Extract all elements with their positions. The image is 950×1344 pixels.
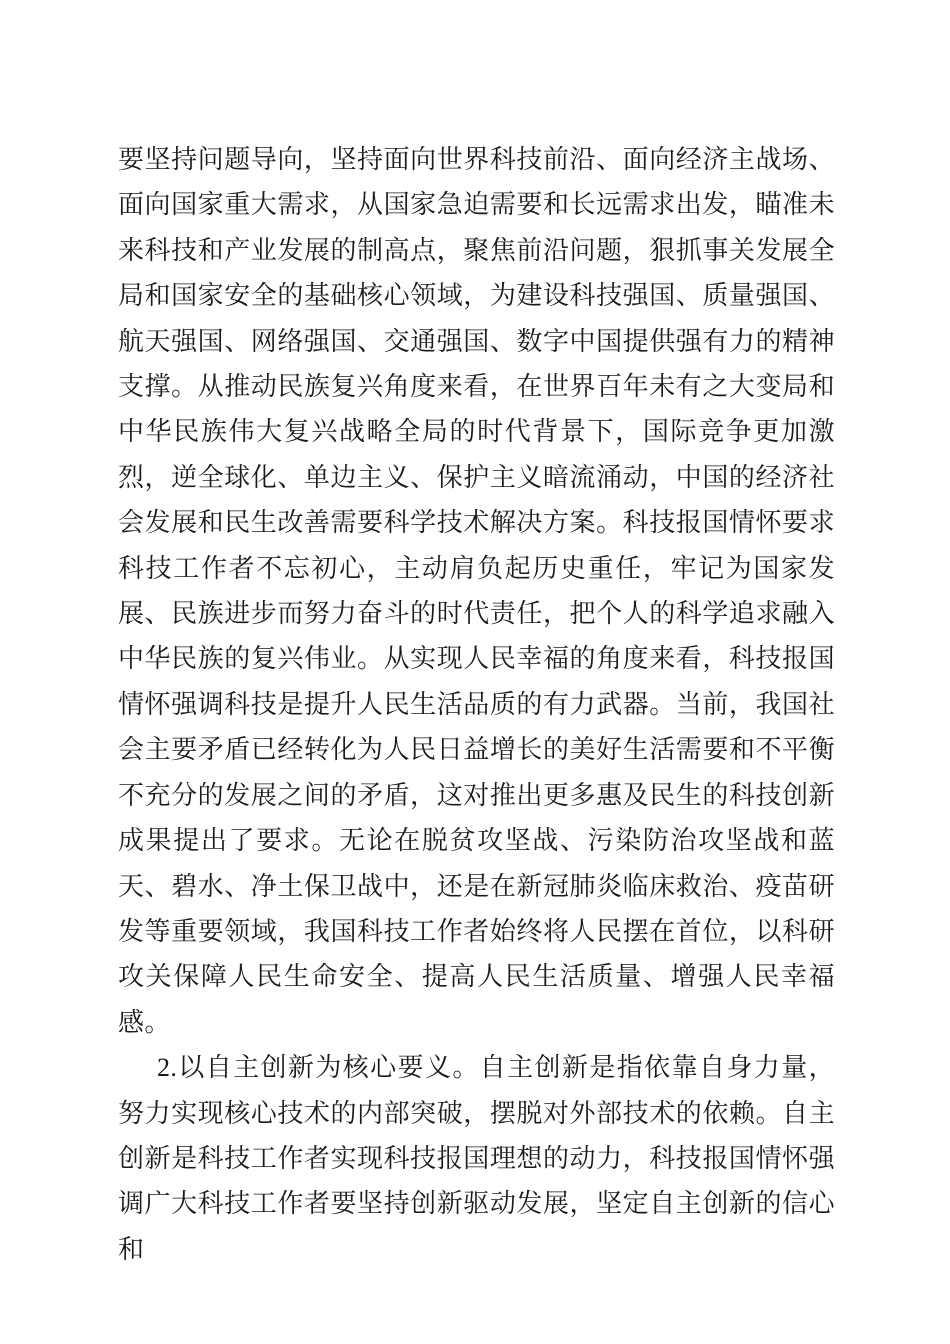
document-page: 要坚持问题导向，坚持面向世界科技前沿、面向经济主战场、面向国家重大需求，从国家急… bbox=[0, 0, 950, 1344]
paragraph-item-2: 2.以自主创新为核心要义。自主创新是指依靠自身力量，努力实现核心技术的内部突破，… bbox=[118, 1045, 835, 1272]
document-body-text: 要坚持问题导向，坚持面向世界科技前沿、面向经济主战场、面向国家重大需求，从国家急… bbox=[118, 137, 835, 1272]
paragraph-continuation: 要坚持问题导向，坚持面向世界科技前沿、面向经济主战场、面向国家重大需求，从国家急… bbox=[118, 137, 835, 1045]
